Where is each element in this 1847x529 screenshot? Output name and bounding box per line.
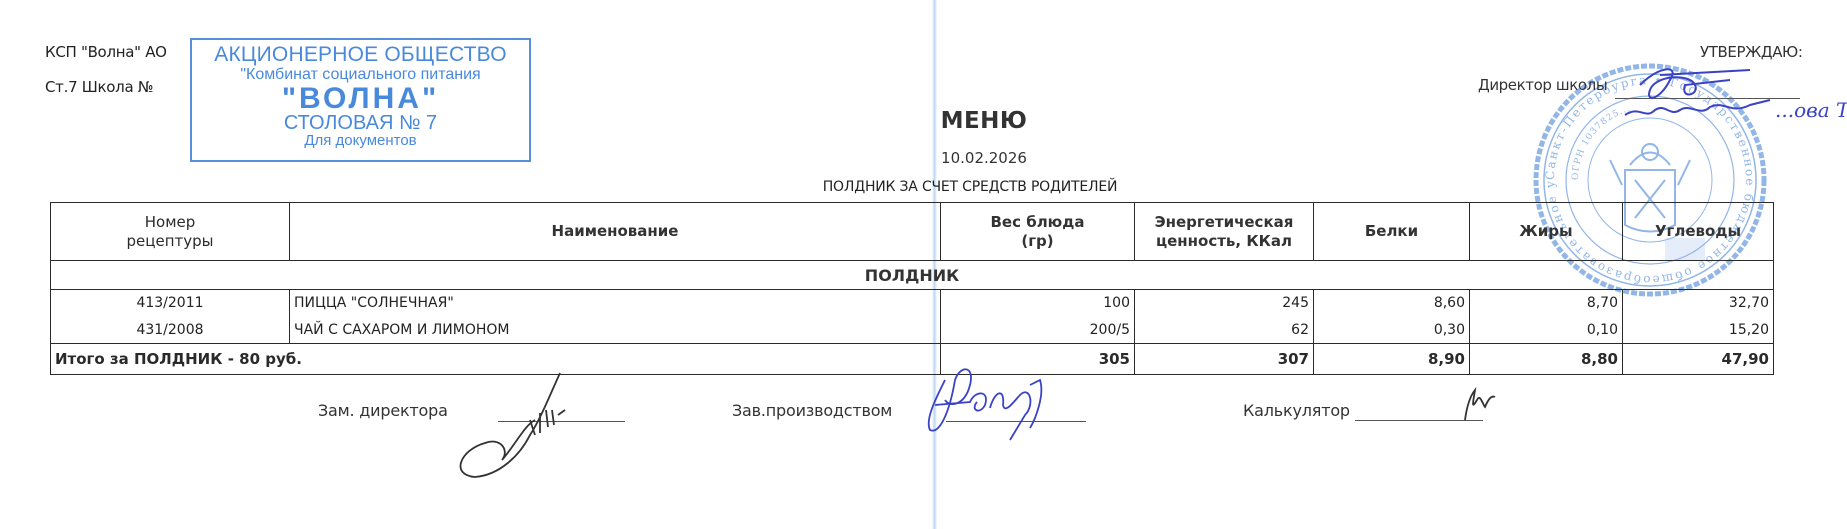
production-manager-label: Зав.производством [732, 401, 892, 420]
calculator-signature [1455, 385, 1515, 425]
dish-protein: 8,60 [1314, 290, 1470, 317]
dish-protein: 0,30 [1314, 317, 1470, 344]
dish-fat: 0,10 [1470, 317, 1623, 344]
dish-name: ПИЦЦА "СОЛНЕЧНАЯ" [290, 290, 941, 317]
table-header-row: Номер рецептуры Наименование Вес блюда (… [51, 203, 1774, 261]
header-protein: Белки [1314, 203, 1470, 261]
school-line: Ст.7 Школа № [45, 78, 153, 96]
dish-energy: 62 [1135, 317, 1314, 344]
menu-table: Номер рецептуры Наименование Вес блюда (… [50, 202, 1774, 375]
dish-carbs: 32,70 [1623, 290, 1774, 317]
header-fat: Жиры [1470, 203, 1623, 261]
section-row: ПОЛДНИК [51, 261, 1774, 290]
dish-energy: 245 [1135, 290, 1314, 317]
total-fat: 8,80 [1470, 344, 1623, 375]
section-title: ПОЛДНИК [51, 261, 1774, 290]
document-date: 10.02.2026 [0, 149, 1847, 167]
header-weight: Вес блюда (гр) [941, 203, 1135, 261]
calculator-label: Калькулятор [1243, 401, 1350, 420]
document-subtitle: ПОЛДНИК ЗА СЧЕТ СРЕДСТВ РОДИТЕЛЕЙ [0, 179, 1847, 195]
deputy-signature [440, 365, 640, 485]
company-stamp: АКЦИОНЕРНОЕ ОБЩЕСТВО "Комбинат социально… [190, 38, 531, 162]
header-energy: Энергетическая ценность, ККал [1135, 203, 1314, 261]
dish-name: ЧАЙ С САХАРОМ И ЛИМОНОМ [290, 317, 941, 344]
recipe-code: 413/2011 [51, 290, 290, 317]
total-carbs: 47,90 [1623, 344, 1774, 375]
stamp-line-purpose: Для документов [192, 133, 529, 149]
document-title: МЕНЮ [0, 108, 1847, 134]
dish-fat: 8,70 [1470, 290, 1623, 317]
approver-position: Директор школы [1478, 76, 1607, 94]
dish-carbs: 15,20 [1623, 317, 1774, 344]
recipe-code: 431/2008 [51, 317, 290, 344]
org-name: КСП "Волна" АО [45, 43, 167, 61]
total-protein: 8,90 [1314, 344, 1470, 375]
deputy-director-label: Зам. директора [318, 401, 448, 420]
header-recipe-code: Номер рецептуры [51, 203, 290, 261]
stamp-line-company-type: АКЦИОНЕРНОЕ ОБЩЕСТВО [192, 43, 529, 67]
header-carbs: Углеводы [1623, 203, 1774, 261]
header-name: Наименование [290, 203, 941, 261]
total-row: Итого за ПОЛДНИК - 80 руб. 305 307 8,90 … [51, 344, 1774, 375]
table-row: 431/2008 ЧАЙ С САХАРОМ И ЛИМОНОМ 200/5 6… [51, 317, 1774, 344]
production-signature [915, 360, 1095, 450]
table-row: 413/2011 ПИЦЦА "СОЛНЕЧНАЯ" 100 245 8,60 … [51, 290, 1774, 317]
dish-weight: 100 [941, 290, 1135, 317]
dish-weight: 200/5 [941, 317, 1135, 344]
total-energy: 307 [1135, 344, 1314, 375]
